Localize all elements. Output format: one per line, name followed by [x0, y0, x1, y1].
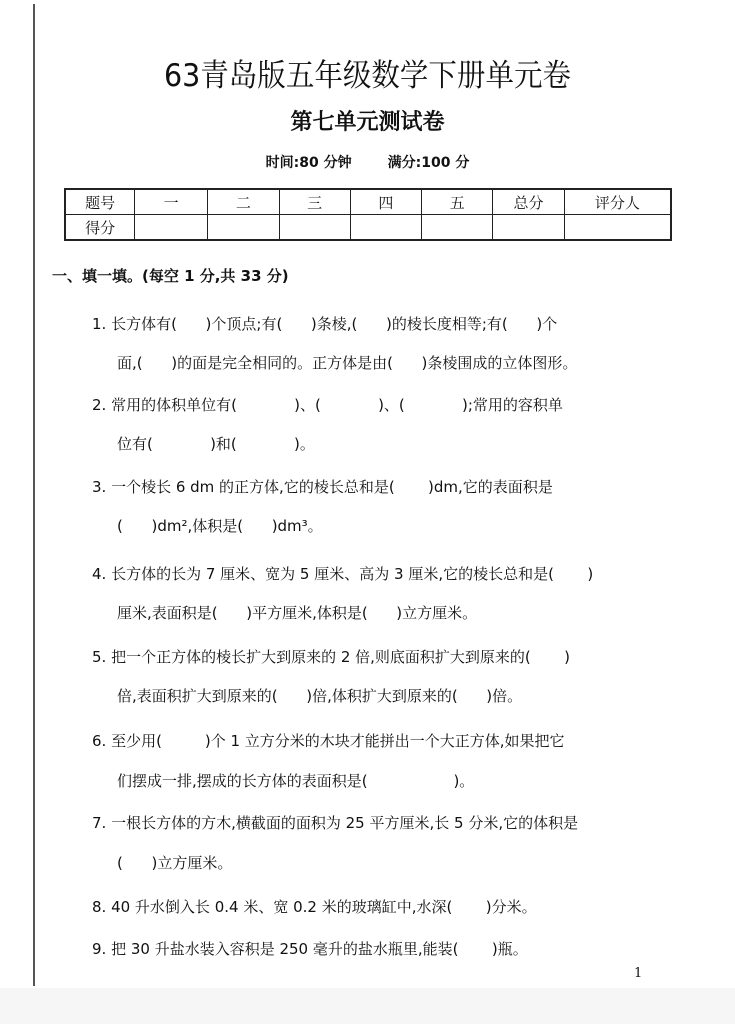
header-cell-3: 三 — [279, 189, 350, 215]
score-cell-grader — [564, 215, 671, 241]
page-bottom-band — [0, 988, 735, 1024]
question-4-line-2: 厘米,表面积是( )平方厘米,体积是( )立方厘米。 — [117, 602, 702, 624]
header-cell-label: 题号 — [65, 189, 135, 215]
question-5-line-1: 5. 把一个正方体的棱长扩大到原来的 2 倍,则底面积扩大到原来的( ) — [92, 646, 677, 668]
question-5-line-2: 倍,表面积扩大到原来的( )倍,体积扩大到原来的( )倍。 — [117, 685, 702, 707]
header-cell-4: 四 — [350, 189, 422, 215]
exam-meta: 时间:80 分钟满分:100 分 — [0, 152, 735, 172]
question-8: 8. 40 升水倒入长 0.4 米、宽 0.2 米的玻璃缸中,水深( )分米。 — [92, 896, 677, 918]
header-cell-total: 总分 — [493, 189, 565, 215]
header-cell-2: 二 — [208, 189, 280, 215]
score-table-header-row: 题号 一 二 三 四 五 总分 评分人 — [65, 189, 671, 215]
score-table: 题号 一 二 三 四 五 总分 评分人 得分 — [64, 188, 672, 241]
question-2-line-2: 位有( )和( )。 — [117, 433, 702, 455]
question-6-line-2: 们摆成一排,摆成的长方体的表面积是( )。 — [117, 770, 702, 792]
header-cell-5: 五 — [422, 189, 493, 215]
question-2-line-1: 2. 常用的体积单位有( )、( )、( );常用的容积单 — [92, 394, 677, 416]
score-cell-3 — [279, 215, 350, 241]
question-9: 9. 把 30 升盐水装入容积是 250 毫升的盐水瓶里,能装( )瓶。 — [92, 938, 677, 960]
score-cell-4 — [350, 215, 422, 241]
document-title: 63青岛版五年级数学下册单元卷 — [29, 50, 705, 95]
question-7-line-1: 7. 一根长方体的方木,横截面的面积为 25 平方厘米,长 5 分米,它的体积是 — [92, 812, 677, 834]
score-cell-1 — [135, 215, 208, 241]
question-1-line-2: 面,( )的面是完全相同的。正方体是由( )条棱围成的立体图形。 — [117, 352, 702, 374]
score-cell-total — [493, 215, 565, 241]
question-6-line-1: 6. 至少用( )个 1 立方分米的木块才能拼出一个大正方体,如果把它 — [92, 730, 677, 752]
score-row-label: 得分 — [65, 215, 135, 241]
question-1-line-1: 1. 长方体有( )个顶点;有( )条棱,( )的棱长度相等;有( )个 — [92, 313, 677, 335]
header-cell-grader: 评分人 — [564, 189, 671, 215]
full-score: 满分:100 分 — [388, 155, 470, 171]
question-7-line-2: ( )立方厘米。 — [117, 852, 702, 874]
question-3-line-1: 3. 一个棱长 6 dm 的正方体,它的棱长总和是( )dm,它的表面积是 — [92, 476, 677, 498]
header-cell-1: 一 — [135, 189, 208, 215]
document-subtitle: 第七单元测试卷 — [0, 105, 735, 136]
section-heading: 一、填一填。(每空 1 分,共 33 分) — [52, 265, 289, 286]
page-number: 1 — [634, 966, 642, 981]
score-cell-2 — [208, 215, 280, 241]
score-table-score-row: 得分 — [65, 215, 671, 241]
question-3-line-2: ( )dm²,体积是( )dm³。 — [117, 515, 702, 537]
time-limit: 时间:80 分钟 — [266, 155, 352, 171]
score-cell-5 — [422, 215, 493, 241]
question-4-line-1: 4. 长方体的长为 7 厘米、宽为 5 厘米、高为 3 厘米,它的棱长总和是( … — [92, 563, 677, 585]
